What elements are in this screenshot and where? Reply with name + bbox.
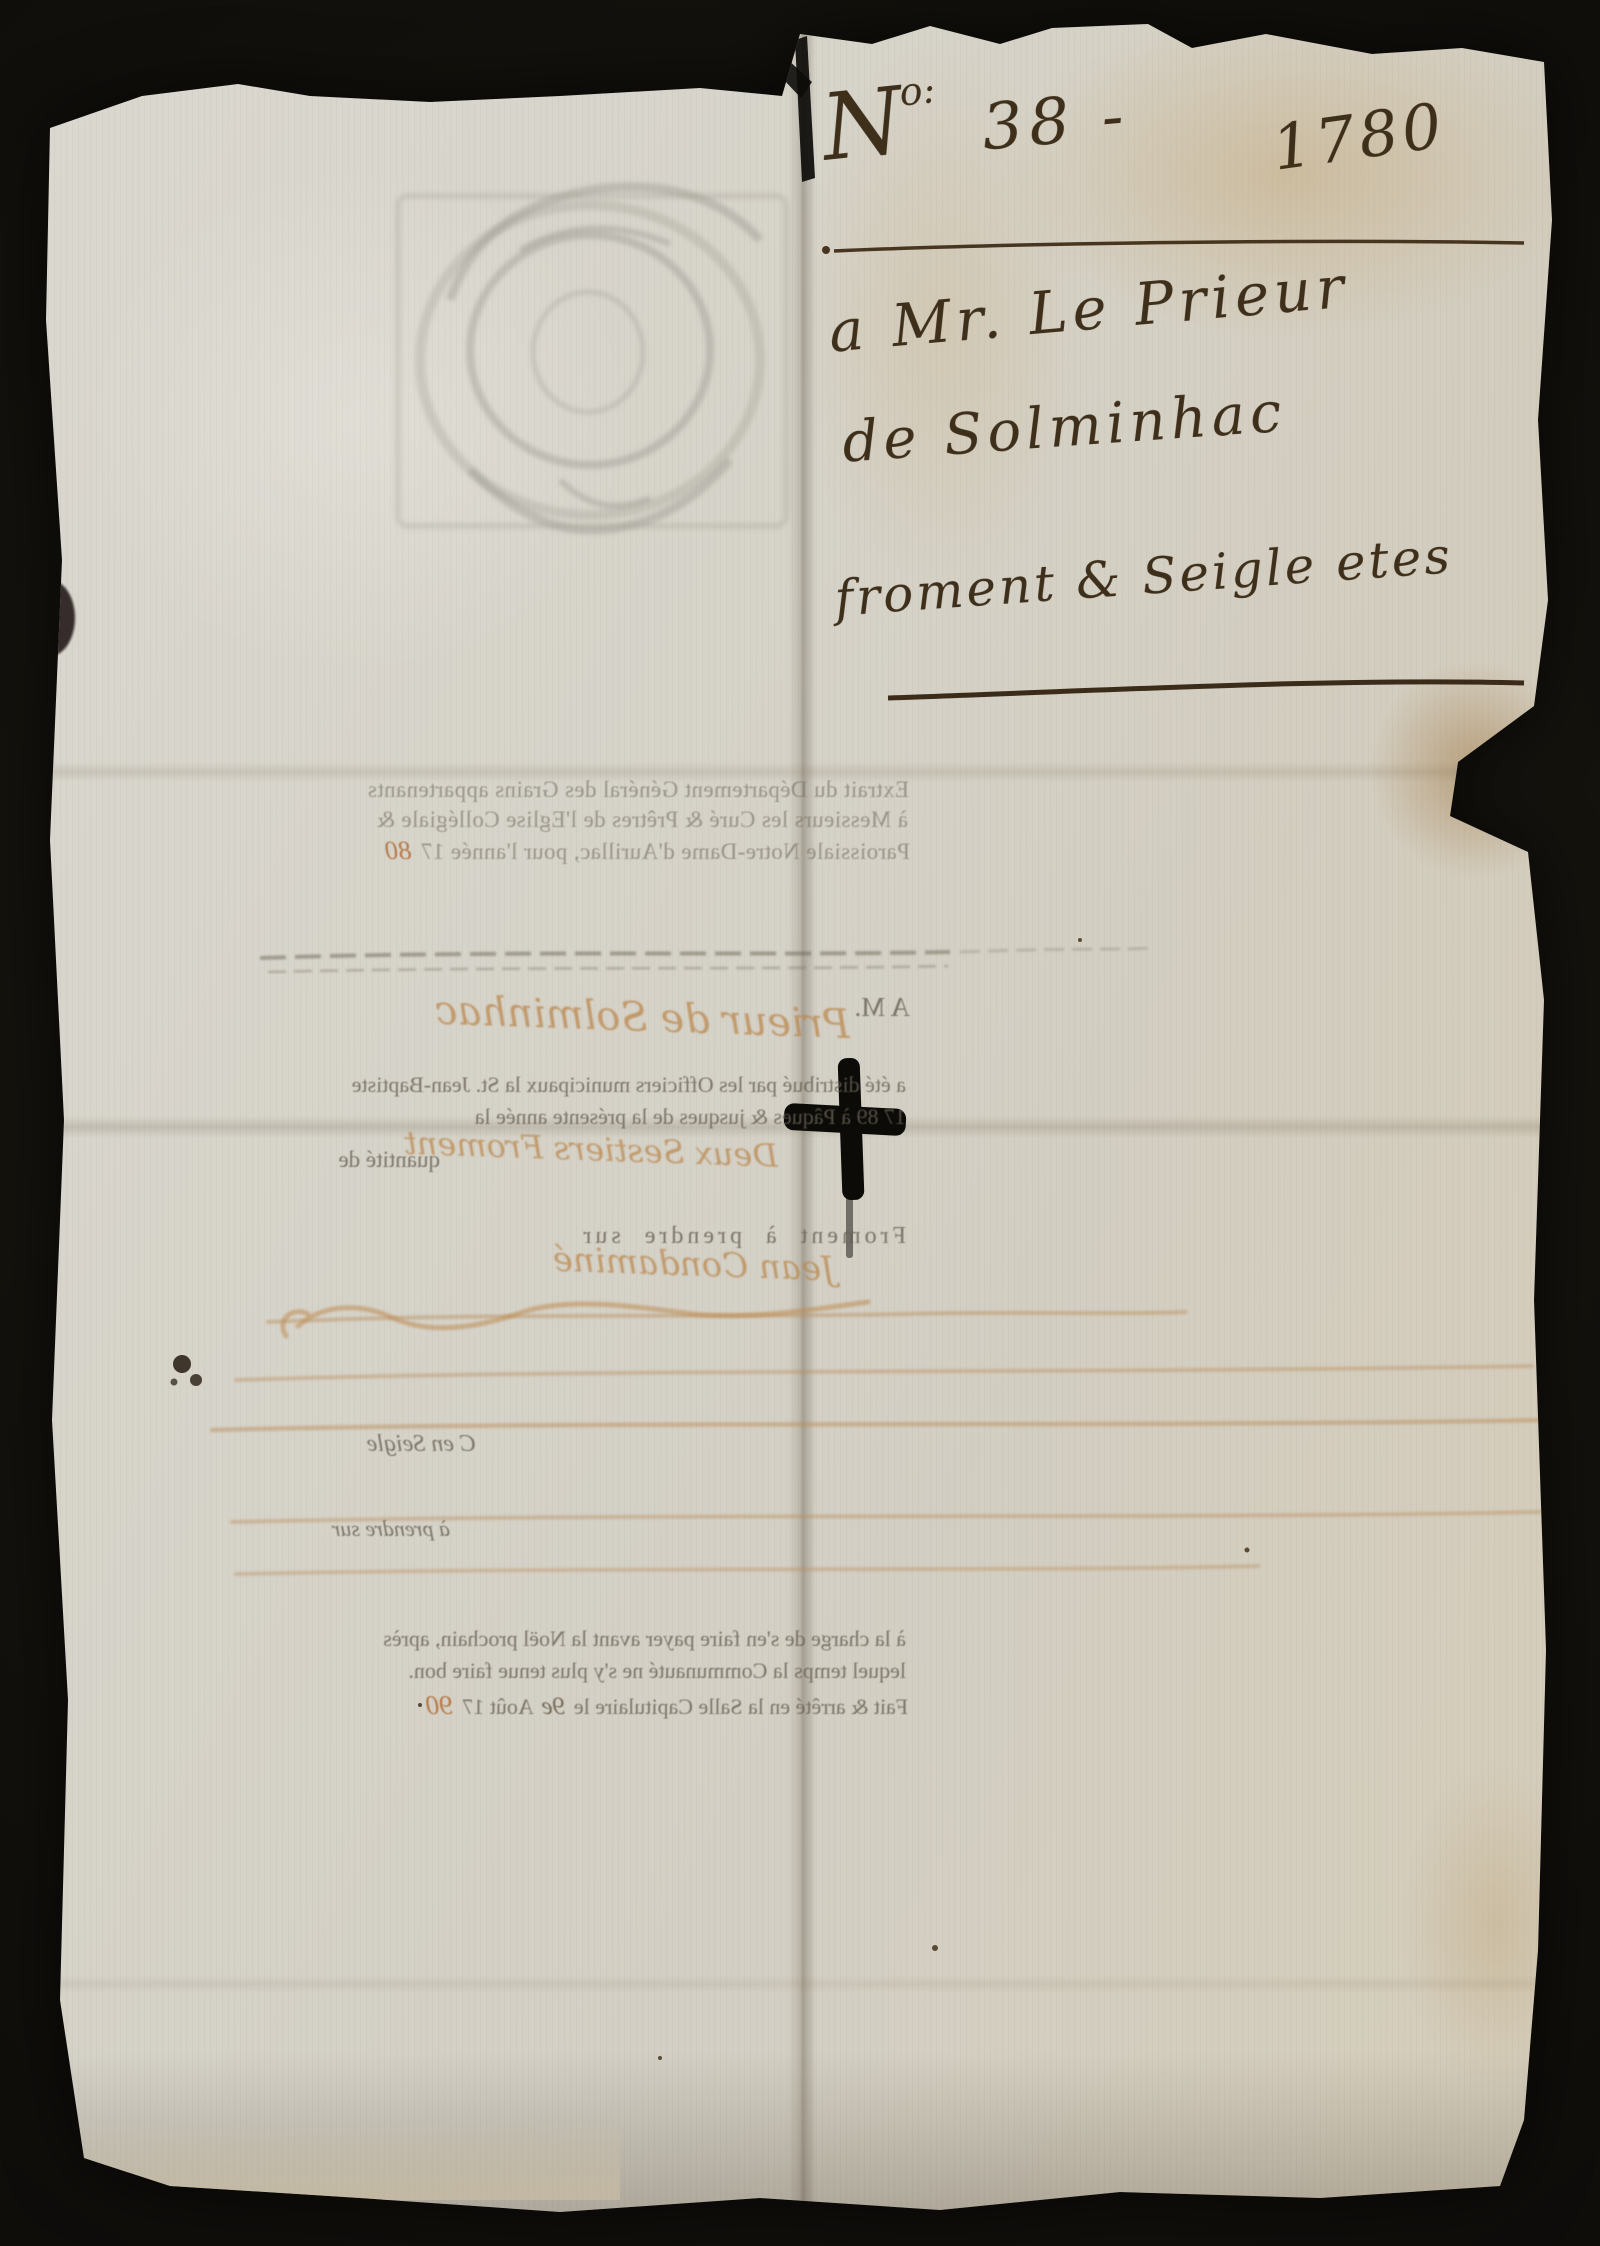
paper-shadow-wrap: No: 38 - 1780 a Mr. Le Prieur de Solminh…	[0, 0, 1600, 2246]
paper-edge-vignette	[0, 0, 1600, 2246]
photograph-background: No: 38 - 1780 a Mr. Le Prieur de Solminh…	[0, 0, 1600, 2246]
document-paper: No: 38 - 1780 a Mr. Le Prieur de Solminh…	[0, 0, 1600, 2246]
